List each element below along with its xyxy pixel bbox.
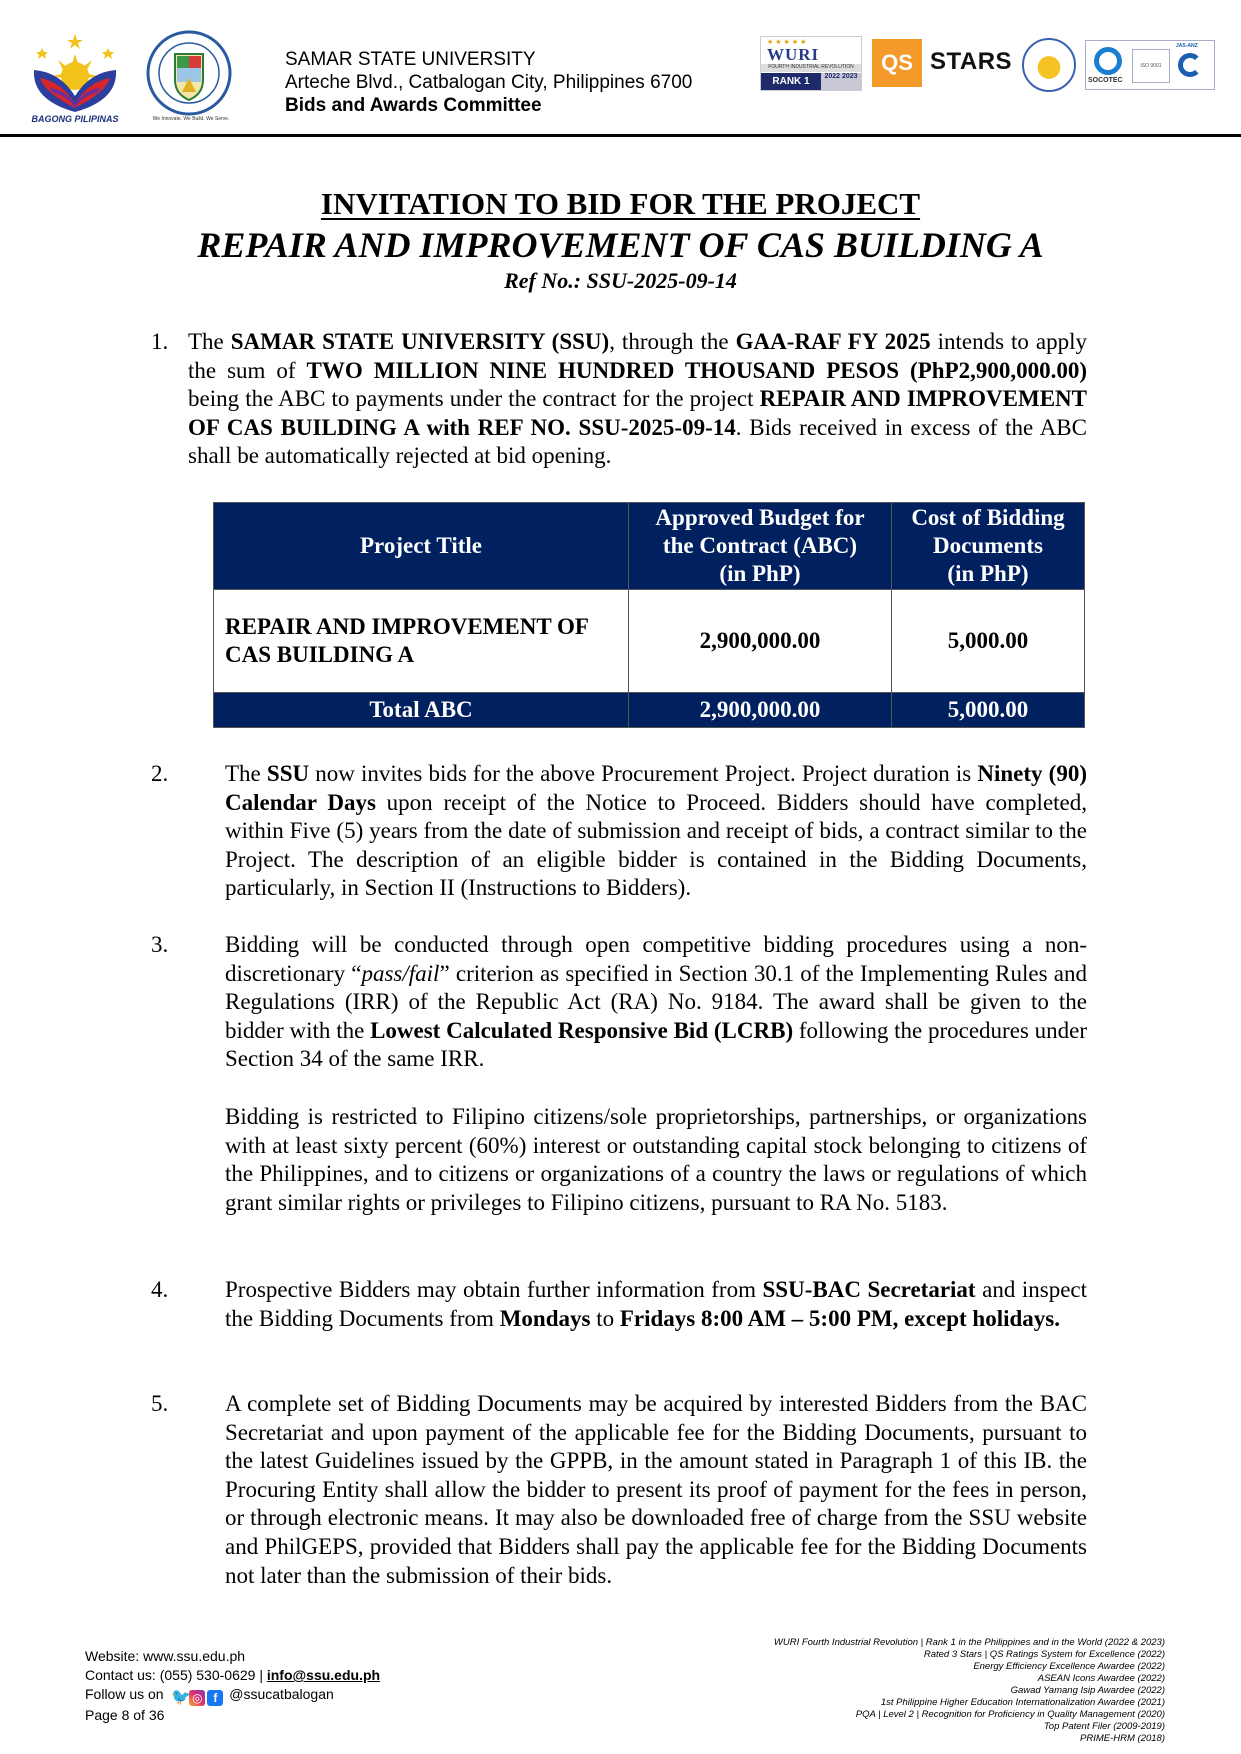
ssu-seal-logo: We Innovate. We Build. We Serve. <box>142 30 237 130</box>
follow-label: Follow us on <box>85 1686 164 1702</box>
header-line: (in PhP) <box>947 561 1028 586</box>
criterion-italic: pass/fail <box>361 961 439 986</box>
text: being the ABC to payments under the cont… <box>188 386 760 411</box>
cell-abc: 2,900,000.00 <box>629 590 892 693</box>
cell-project-title: REPAIR AND IMPROVEMENT OF CAS BUILDING A <box>214 590 629 693</box>
twitter-icon[interactable]: 🐦 <box>171 1690 187 1706</box>
column-header-bidding-cost: Cost of Bidding Documents (in PhP) <box>892 503 1085 590</box>
paragraph-4: Prospective Bidders may obtain further i… <box>225 1276 1087 1333</box>
socotec-label: SOCOTEC <box>1088 77 1123 84</box>
paragraph-5-number: 5. <box>151 1390 168 1419</box>
wuri-years: 2022 2023 <box>821 73 861 90</box>
jas-anz-label: JAS-ANZ <box>1176 43 1198 49</box>
ssu-seal-icon <box>142 30 237 116</box>
wuri-rank: RANK 1 <box>761 73 821 90</box>
award-item: ASEAN Icons Awardee (2022) <box>774 1673 1165 1685</box>
header-line: Cost of Bidding <box>911 505 1064 530</box>
total-abc: 2,900,000.00 <box>629 693 892 728</box>
bagong-pilipinas-logo: BAGONG PILIPINAS <box>20 30 130 130</box>
award-item: Top Patent Filer (2009-2019) <box>774 1721 1165 1733</box>
wuri-badge: ★★★★★ WURI FOURTH INDUSTRIAL REVOLUTION … <box>760 36 862 91</box>
page-number: Page 8 of 36 <box>85 1706 380 1725</box>
paragraph-1-number: 1. <box>151 328 168 357</box>
cell-bidding-cost: 5,000.00 <box>892 590 1085 693</box>
award-item: Energy Efficiency Excellence Awardee (20… <box>774 1661 1165 1673</box>
total-label: Total ABC <box>214 693 629 728</box>
university-address-block: SAMAR STATE UNIVERSITY Arteche Blvd., Ca… <box>285 48 692 117</box>
total-bidding-cost: 5,000.00 <box>892 693 1085 728</box>
paragraph-4-number: 4. <box>151 1276 168 1305</box>
university-name-bold: SAMAR STATE UNIVERSITY (SSU) <box>231 329 609 354</box>
footer-social: Follow us on 🐦◎f @ssucatbalogan <box>85 1685 380 1706</box>
email-link[interactable]: info@ssu.edu.ph <box>267 1667 380 1683</box>
office-hours-bold: Fridays 8:00 AM – 5:00 PM, except holida… <box>620 1306 1060 1331</box>
header-line: the Contract (ABC) <box>663 533 857 558</box>
header-line: Approved Budget for <box>655 505 864 530</box>
footer-awards: WURI Fourth Industrial Revolution | Rank… <box>774 1637 1165 1745</box>
table-header-row: Project Title Approved Budget for the Co… <box>214 503 1085 590</box>
award-item: PRIME-HRM (2018) <box>774 1733 1165 1745</box>
award-item: PQA | Level 2 | Recognition for Proficie… <box>774 1709 1165 1721</box>
jas-anz-logo-icon <box>1178 53 1202 77</box>
header-line: Documents <box>933 533 1043 558</box>
text: to <box>590 1306 619 1331</box>
paragraph-3-eligibility: Bidding is restricted to Filipino citize… <box>225 1103 1087 1217</box>
letterhead: BAGONG PILIPINAS We Innovate. We Build. … <box>0 0 1241 140</box>
table-total-row: Total ABC 2,900,000.00 5,000.00 <box>214 693 1085 728</box>
header-line: (in PhP) <box>719 561 800 586</box>
footer-contact-line: Contact us: (055) 530-0629 | info@ssu.ed… <box>85 1666 380 1685</box>
paragraph-2: The SSU now invites bids for the above P… <box>225 760 1087 903</box>
university-name: SAMAR STATE UNIVERSITY <box>285 48 692 71</box>
footer-contact: Website: www.ssu.edu.ph Contact us: (055… <box>85 1647 380 1725</box>
column-header-project-title: Project Title <box>214 503 629 590</box>
facebook-icon[interactable]: f <box>207 1690 223 1706</box>
ssu-bold: SSU <box>267 761 309 786</box>
contact-phone: Contact us: (055) 530-0629 | <box>85 1667 267 1683</box>
paragraph-2-number: 2. <box>151 760 168 789</box>
award-item: 1st Philippine Higher Education Internat… <box>774 1697 1165 1709</box>
text: , through the <box>609 329 735 354</box>
bagong-pilipinas-caption: BAGONG PILIPINAS <box>20 114 130 124</box>
text: The <box>225 761 267 786</box>
text: now invites bids for the above Procureme… <box>309 761 977 786</box>
text: Prospective Bidders may obtain further i… <box>225 1277 763 1302</box>
qs-logo: QS <box>872 39 922 87</box>
header-divider <box>0 134 1241 137</box>
iso-certification-badge: SOCOTEC ISO 9001 JAS-ANZ <box>1085 40 1215 90</box>
budget-table: Project Title Approved Budget for the Co… <box>213 502 1085 728</box>
ssu-motto: We Innovate. We Build. We Serve. <box>136 116 246 122</box>
award-item: Rated 3 Stars | QS Ratings System for Ex… <box>774 1649 1165 1661</box>
abc-amount: TWO MILLION NINE HUNDRED THOUSAND PESOS … <box>307 358 1087 383</box>
socotec-logo-icon <box>1094 47 1122 75</box>
paragraph-1: The SAMAR STATE UNIVERSITY (SSU), throug… <box>188 328 1087 471</box>
project-title: REPAIR AND IMPROVEMENT OF CAS BUILDING A <box>0 224 1241 266</box>
text: The <box>188 329 231 354</box>
committee-name: Bids and Awards Committee <box>285 94 692 117</box>
reference-number: Ref No.: SSU-2025-09-14 <box>0 268 1241 294</box>
funding-source: GAA-RAF FY 2025 <box>736 329 931 354</box>
paragraph-5: A complete set of Bidding Documents may … <box>225 1390 1087 1590</box>
wuri-band: FOURTH INDUSTRIAL REVOLUTION <box>761 64 861 72</box>
bagong-pilipinas-emblem-icon <box>20 30 130 114</box>
secretariat-bold: SSU-BAC Secretariat <box>763 1277 976 1302</box>
mondays-bold: Mondays <box>500 1306 591 1331</box>
lcrb-bold: Lowest Calculated Responsive Bid (LCRB) <box>370 1018 793 1043</box>
social-handle: @ssucatbalogan <box>229 1686 334 1702</box>
university-address: Arteche Blvd., Catbalogan City, Philippi… <box>285 71 692 94</box>
award-item: Gawad Yamang Isip Awardee (2022) <box>774 1685 1165 1697</box>
footer-website: Website: www.ssu.edu.ph <box>85 1647 380 1666</box>
column-header-abc: Approved Budget for the Contract (ABC) (… <box>629 503 892 590</box>
document-heading: INVITATION TO BID FOR THE PROJECT <box>0 186 1241 222</box>
instagram-icon[interactable]: ◎ <box>189 1690 205 1706</box>
table-row: REPAIR AND IMPROVEMENT OF CAS BUILDING A… <box>214 590 1085 693</box>
paragraph-3: Bidding will be conducted through open c… <box>225 931 1087 1074</box>
iso-label: ISO 9001 <box>1132 49 1170 83</box>
pqa-seal-icon <box>1022 38 1076 92</box>
qs-stars-text: STARS <box>930 48 1012 76</box>
paragraph-3-number: 3. <box>151 931 168 960</box>
award-item: WURI Fourth Industrial Revolution | Rank… <box>774 1637 1165 1649</box>
wuri-title: WURI <box>767 45 819 65</box>
